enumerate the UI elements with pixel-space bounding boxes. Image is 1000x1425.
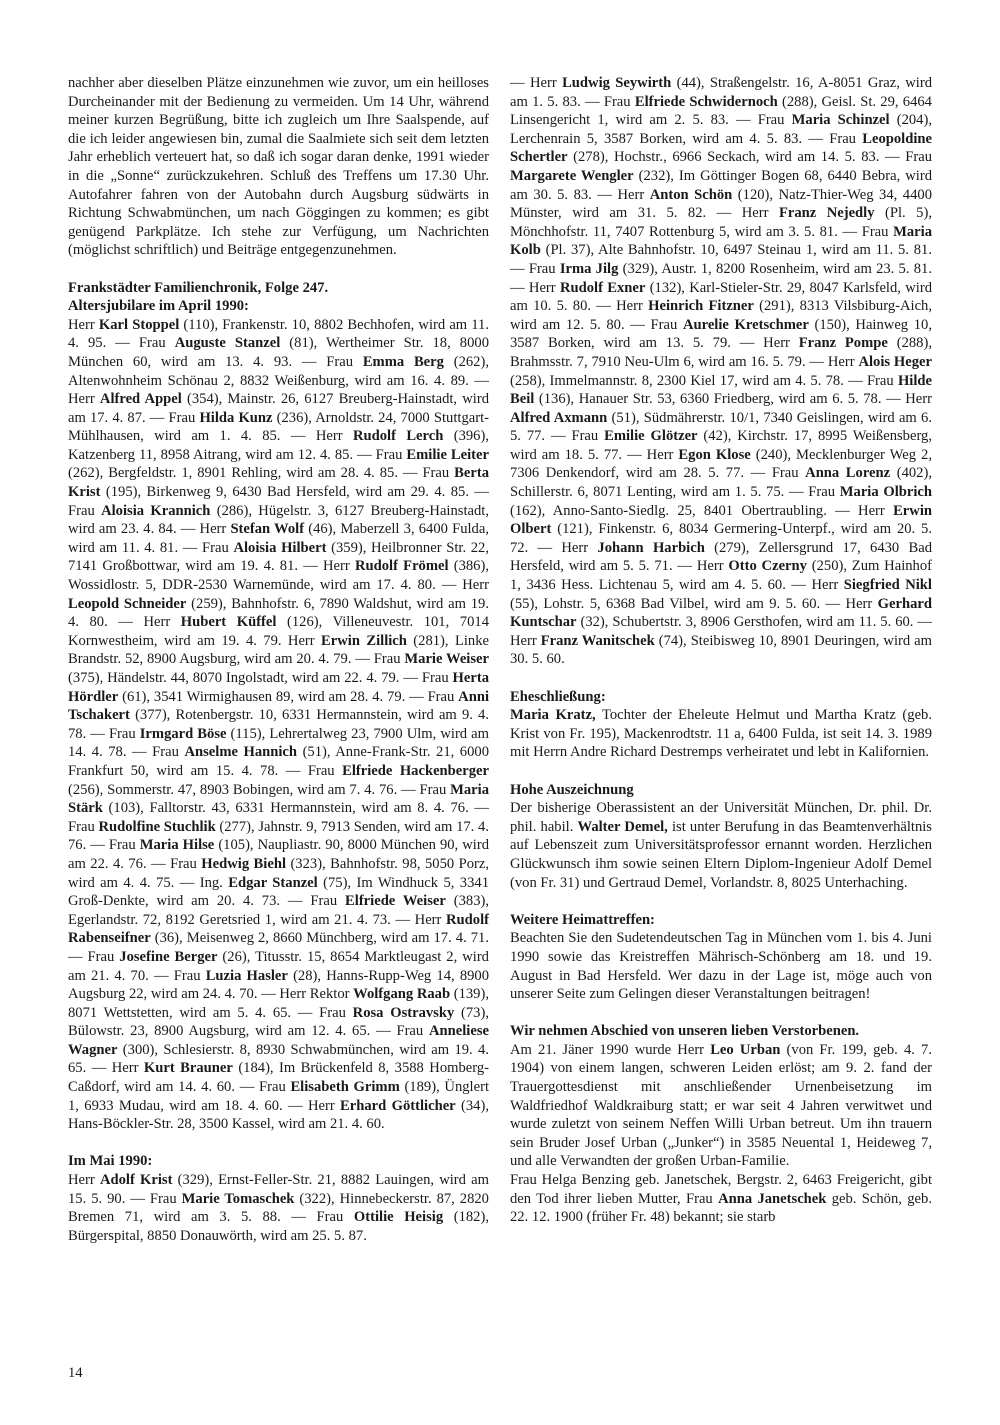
person-name: Alfred Axmann [510, 410, 607, 426]
person-name: Adolf Krist [100, 1172, 173, 1188]
person-name: Leopold Schneider [68, 596, 186, 612]
person-name: Anna Janetschek [718, 1191, 826, 1207]
text-run: (256), Sommerstr. 47, 8903 Bobingen, wir… [68, 782, 450, 798]
person-name: Wolfgang Raab [353, 986, 450, 1002]
person-name: Rudolf Exner [560, 280, 645, 296]
page-number: 14 [68, 1365, 83, 1382]
person-name: Rosa Ostravs­ky [353, 1005, 455, 1021]
person-name: Aurelie Kretschmer [683, 317, 809, 333]
person-name: Elfriede Schwidernoch [635, 94, 778, 110]
person-name: Irm­gard Böse [140, 726, 227, 742]
person-name: Marie Weiser [404, 651, 489, 667]
section-heading: Eheschließung: [510, 688, 932, 707]
section-heading: Wir nehmen Abschied von unseren lieben V… [510, 1022, 932, 1041]
section-heading: Im Mai 1990: [68, 1152, 489, 1171]
person-name: Egon Klose [678, 447, 750, 463]
person-name: Ed­gar Stanzel [228, 875, 317, 891]
person-name: Otto Czerny [728, 558, 807, 574]
person-name: Hubert Küffel [181, 614, 277, 630]
section-frankstädter-familienchronik-folge-247: Frankstädter Familienchronik, Folge 247.… [68, 279, 489, 1134]
person-name: Alfred Appel [100, 391, 182, 407]
text-run: nachher aber dieselben Plätze einzunehme… [68, 75, 489, 258]
text-run: (55), Lohstr. 5, 6368 Bad Vilbel, wird a… [510, 596, 878, 612]
person-name: Erhard Göttlicher [340, 1098, 456, 1114]
text-run: Beachten Sie den Sudetendeutschen Tag in… [510, 930, 932, 1002]
left-column: nachher aber dieselben Plätze einzunehme… [68, 74, 489, 1264]
section-heading: Altersjubilare im April 1990: [68, 297, 489, 316]
person-name: Rudolfine Stuchlik [98, 819, 215, 835]
text-run: (162), Anno-Santo-Siedlg. 25, 8401 Obert… [510, 503, 893, 519]
section-heading: Hohe Auszeichnung [510, 781, 932, 800]
person-name: Leo Urban [710, 1042, 780, 1058]
person-name: Hilda Kunz [199, 410, 272, 426]
person-name: Elfriede Weiser [345, 893, 446, 909]
person-name: Maria Kratz, [510, 707, 596, 723]
text-run: (278), Hochstr., 6966 Seckach, wird am 1… [568, 149, 932, 165]
section-eheschließung: Eheschließung:Maria Kratz, Tochter der E… [510, 688, 932, 762]
section-body: Herr Karl Stoppel (110), Frankenstr. 10,… [68, 316, 489, 1134]
person-name: Ottilie Heisig [354, 1209, 443, 1225]
text-run: (262), Bergfeldstr. 1, 8901 Reh­ling, wi… [68, 465, 454, 481]
person-name: Aloisia Hilbert [233, 540, 326, 556]
person-name: Franz Nejedly [779, 205, 875, 221]
person-name: Maria Schinzel [792, 112, 890, 128]
section-weitere-heimattreffen: Weitere Heimattreffen:Beachten Sie den S… [510, 911, 932, 1004]
section-body: Maria Kratz, Tochter der Eheleute Helmut… [510, 706, 932, 762]
text-run: (136), Hanauer Str. 53, 6360 Friedberg, … [534, 391, 932, 407]
person-name: Walter Demel, [578, 819, 668, 835]
person-name: Siegfried Nikl [844, 577, 932, 593]
person-name: Luzia Hasler [206, 968, 288, 984]
person-name: Johann Harbich [597, 540, 704, 556]
person-name: Anna Lorenz [805, 465, 890, 481]
text-run: Herr [68, 1172, 100, 1188]
section-wir-nehmen-abschied-von-unseren-lieben-v: Wir nehmen Abschied von unseren lieben V… [510, 1022, 932, 1227]
person-name: Josefine Berger [119, 949, 217, 965]
person-name: Anselme Hannich [184, 744, 297, 760]
person-name: Karl Stoppel [99, 317, 179, 333]
section-hohe-auszeichnung: Hohe AuszeichnungDer bisherige Oberassis… [510, 781, 932, 893]
person-name: Alois Heger [858, 354, 932, 370]
person-name: Elfriede Hackenberger [342, 763, 489, 779]
person-name: Rudolf Frömel [355, 558, 449, 574]
person-name: Emi­lie Glötzer [604, 428, 697, 444]
person-name: Irma Jilg [560, 261, 619, 277]
text-run: (375), Händelstr. 44, 8070 Ingolstadt, w… [68, 670, 453, 686]
text-run: (258), Immelmannstr. 8, 2300 Kiel 17, wi… [510, 373, 898, 389]
person-name: Emilie Leiter [406, 447, 489, 463]
section-body: Beachten Sie den Sudetendeutschen Tag in… [510, 929, 932, 1003]
person-name: Franz Wanitschek [541, 633, 655, 649]
person-name: Marie Tomaschek [182, 1191, 295, 1207]
section-body: Am 21. Jäner 1990 wurde Herr Leo Urban (… [510, 1041, 932, 1171]
section-heading: Weitere Heimattreffen: [510, 911, 932, 930]
paragraph: — Herr Ludwig Seywirth (44), Straßengels… [510, 74, 932, 669]
person-name: Erwin Zillich [321, 633, 407, 649]
text-run: — Herr [510, 75, 562, 91]
section-im-mai-1990: Im Mai 1990:Herr Adolf Krist (329), Erns… [68, 1152, 489, 1245]
person-name: Kurt Brauner [144, 1060, 233, 1076]
person-name: Heinrich Fitzner [648, 298, 754, 314]
paragraph: nachher aber dieselben Plätze einzunehme… [68, 74, 489, 260]
text-run: Herr [68, 317, 99, 333]
person-name: Auguste Stanzel [175, 335, 281, 351]
person-name: Maria Hilse [140, 837, 215, 853]
text-run: (61), 3541 Wirmighausen 89, wird am 28. … [118, 689, 458, 705]
text-run: Am 21. Jäner 1990 wurde Herr [510, 1042, 710, 1058]
person-name: Elisabeth Grimm [290, 1079, 399, 1095]
person-name: Emma Berg [363, 354, 444, 370]
section-heading: Frankstädter Familienchronik, Folge 247. [68, 279, 489, 298]
section-body: — Herr Ludwig Seywirth (44), Straßengels… [510, 74, 932, 669]
person-name: Franz Pompe [799, 335, 888, 351]
person-name: Stefan Wolf [230, 521, 304, 537]
section-body: Der bisherige Oberassistent an der Unive… [510, 799, 932, 892]
person-name: Ludwig Seywirth [562, 75, 671, 91]
section-body: Herr Adolf Krist (329), Ernst-Feller-Str… [68, 1171, 489, 1245]
person-name: Anton Schön [650, 187, 733, 203]
text-run: (von Fr. 199, geb. 4. 7. 1904) von einem… [510, 1042, 932, 1170]
person-name: Rudolf Lerch [353, 428, 443, 444]
person-name: Margarete Wengler [510, 168, 634, 184]
right-column: — Herr Ludwig Seywirth (44), Straßengels… [510, 74, 932, 1245]
section-body: nachher aber dieselben Plätze einzunehme… [68, 74, 489, 260]
person-name: Aloisia Krannich [101, 503, 210, 519]
person-name: Maria Olbrich [840, 484, 932, 500]
person-name: Hedwig Biehl [201, 856, 286, 872]
section-body: Frau Helga Benzing geb. Janetschek, Berg… [510, 1171, 932, 1227]
